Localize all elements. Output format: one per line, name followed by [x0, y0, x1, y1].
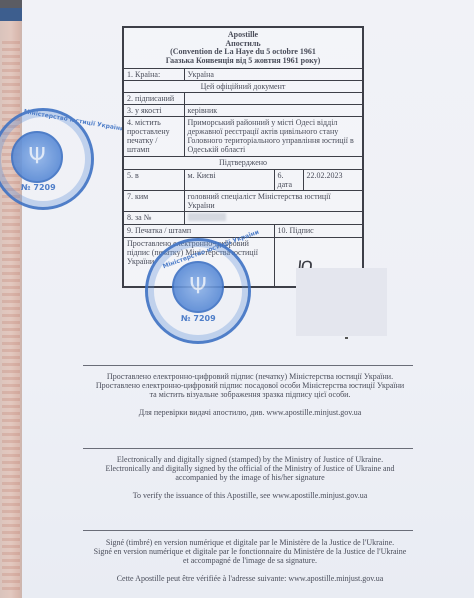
- footer-uk-line-1: Проставлено електронно-цифровий підпис (…: [80, 372, 420, 381]
- apostille-header: Apostille Апостиль (Convention de La Hay…: [123, 27, 363, 69]
- certified-row: Підтверджено: [123, 157, 363, 170]
- stamp-left-number: № 7209: [21, 183, 56, 192]
- issued-by-label: 7. ким: [123, 191, 184, 212]
- capacity-value: керівник: [184, 105, 363, 117]
- seal-value: Приморський районний у місті Одесі відді…: [184, 117, 363, 157]
- official-document-row: Цей офіційний документ: [123, 81, 363, 93]
- date-value: 22.02.2023: [303, 170, 363, 191]
- footer-uk-line-2: Проставлено електронно-цифровий підпис п…: [80, 381, 420, 390]
- redacted-number: [188, 213, 226, 221]
- separator-french: [83, 530, 413, 531]
- signed-label: 2. підписаний: [123, 93, 184, 105]
- stamp-main-emblem: Ψ: [172, 261, 224, 313]
- place-label: 5. в: [123, 170, 184, 191]
- footer-en-line-1: Electronically and digitally signed (sta…: [80, 455, 420, 464]
- place-value: м. Києві: [184, 170, 274, 191]
- footer-ukrainian: Проставлено електронно-цифровий підпис (…: [80, 372, 420, 417]
- edge-blue-band: [0, 8, 22, 21]
- stamp-main-number: № 7209: [181, 314, 216, 323]
- footer-en-verify-link[interactable]: To verify the issuance of this Apostille…: [80, 491, 420, 500]
- country-value: Україна: [184, 69, 363, 81]
- footer-uk-line-3: та містить візуальне зображення зразка п…: [80, 390, 420, 399]
- footer-fr-verify-link[interactable]: Cette Apostille peut être vérifiée à l'a…: [80, 574, 420, 583]
- number-value: [184, 212, 363, 225]
- footer-en-line-3: accompanied by the image of his/her sign…: [80, 473, 420, 482]
- signed-value: [184, 93, 363, 105]
- capacity-label: 3. у якості: [123, 105, 184, 117]
- stamp-main: Міністерство юстиції України Ψ № 7209: [145, 238, 251, 344]
- country-label: 1. Країна:: [123, 69, 184, 81]
- signature-label: 10. Підпис: [274, 225, 363, 238]
- ink-mark: [345, 337, 348, 339]
- trident-icon: Ψ: [189, 275, 206, 300]
- footer-french: Signé (timbré) en version numérique et d…: [80, 538, 420, 583]
- seal-label: 4. містить проставлену печатку / штамп: [123, 117, 184, 157]
- footer-en-line-2: Electronically and digitally signed by t…: [80, 464, 420, 473]
- footer-fr-line-3: et accompagné de l'image de sa signature…: [80, 556, 420, 565]
- redaction-box: [296, 268, 387, 336]
- paper-edge-left: [0, 0, 22, 598]
- footer-fr-line-2: Signé en version numérique et digitale p…: [80, 547, 420, 556]
- number-label: 8. за №: [123, 212, 184, 225]
- footer-english: Electronically and digitally signed (sta…: [80, 455, 420, 500]
- issued-by-value: головний спеціаліст Міністерства юстиції…: [184, 191, 363, 212]
- header-line-4: Гаазька Конвенція від 5 жовтня 1961 року…: [126, 57, 360, 66]
- footer-fr-line-1: Signé (timbré) en version numérique et d…: [80, 538, 420, 547]
- trident-icon: Ψ: [28, 145, 45, 170]
- apostille-table: Apostille Апостиль (Convention de La Hay…: [122, 26, 364, 288]
- separator-english: [83, 448, 413, 449]
- date-label: 6. дата: [274, 170, 303, 191]
- edge-dark-strip: [0, 0, 22, 8]
- separator-ukrainian: [83, 365, 413, 366]
- stamp-left-emblem: Ψ: [11, 131, 63, 183]
- footer-uk-verify-link[interactable]: Для перевірки видачі апостилю, див. www.…: [80, 408, 420, 417]
